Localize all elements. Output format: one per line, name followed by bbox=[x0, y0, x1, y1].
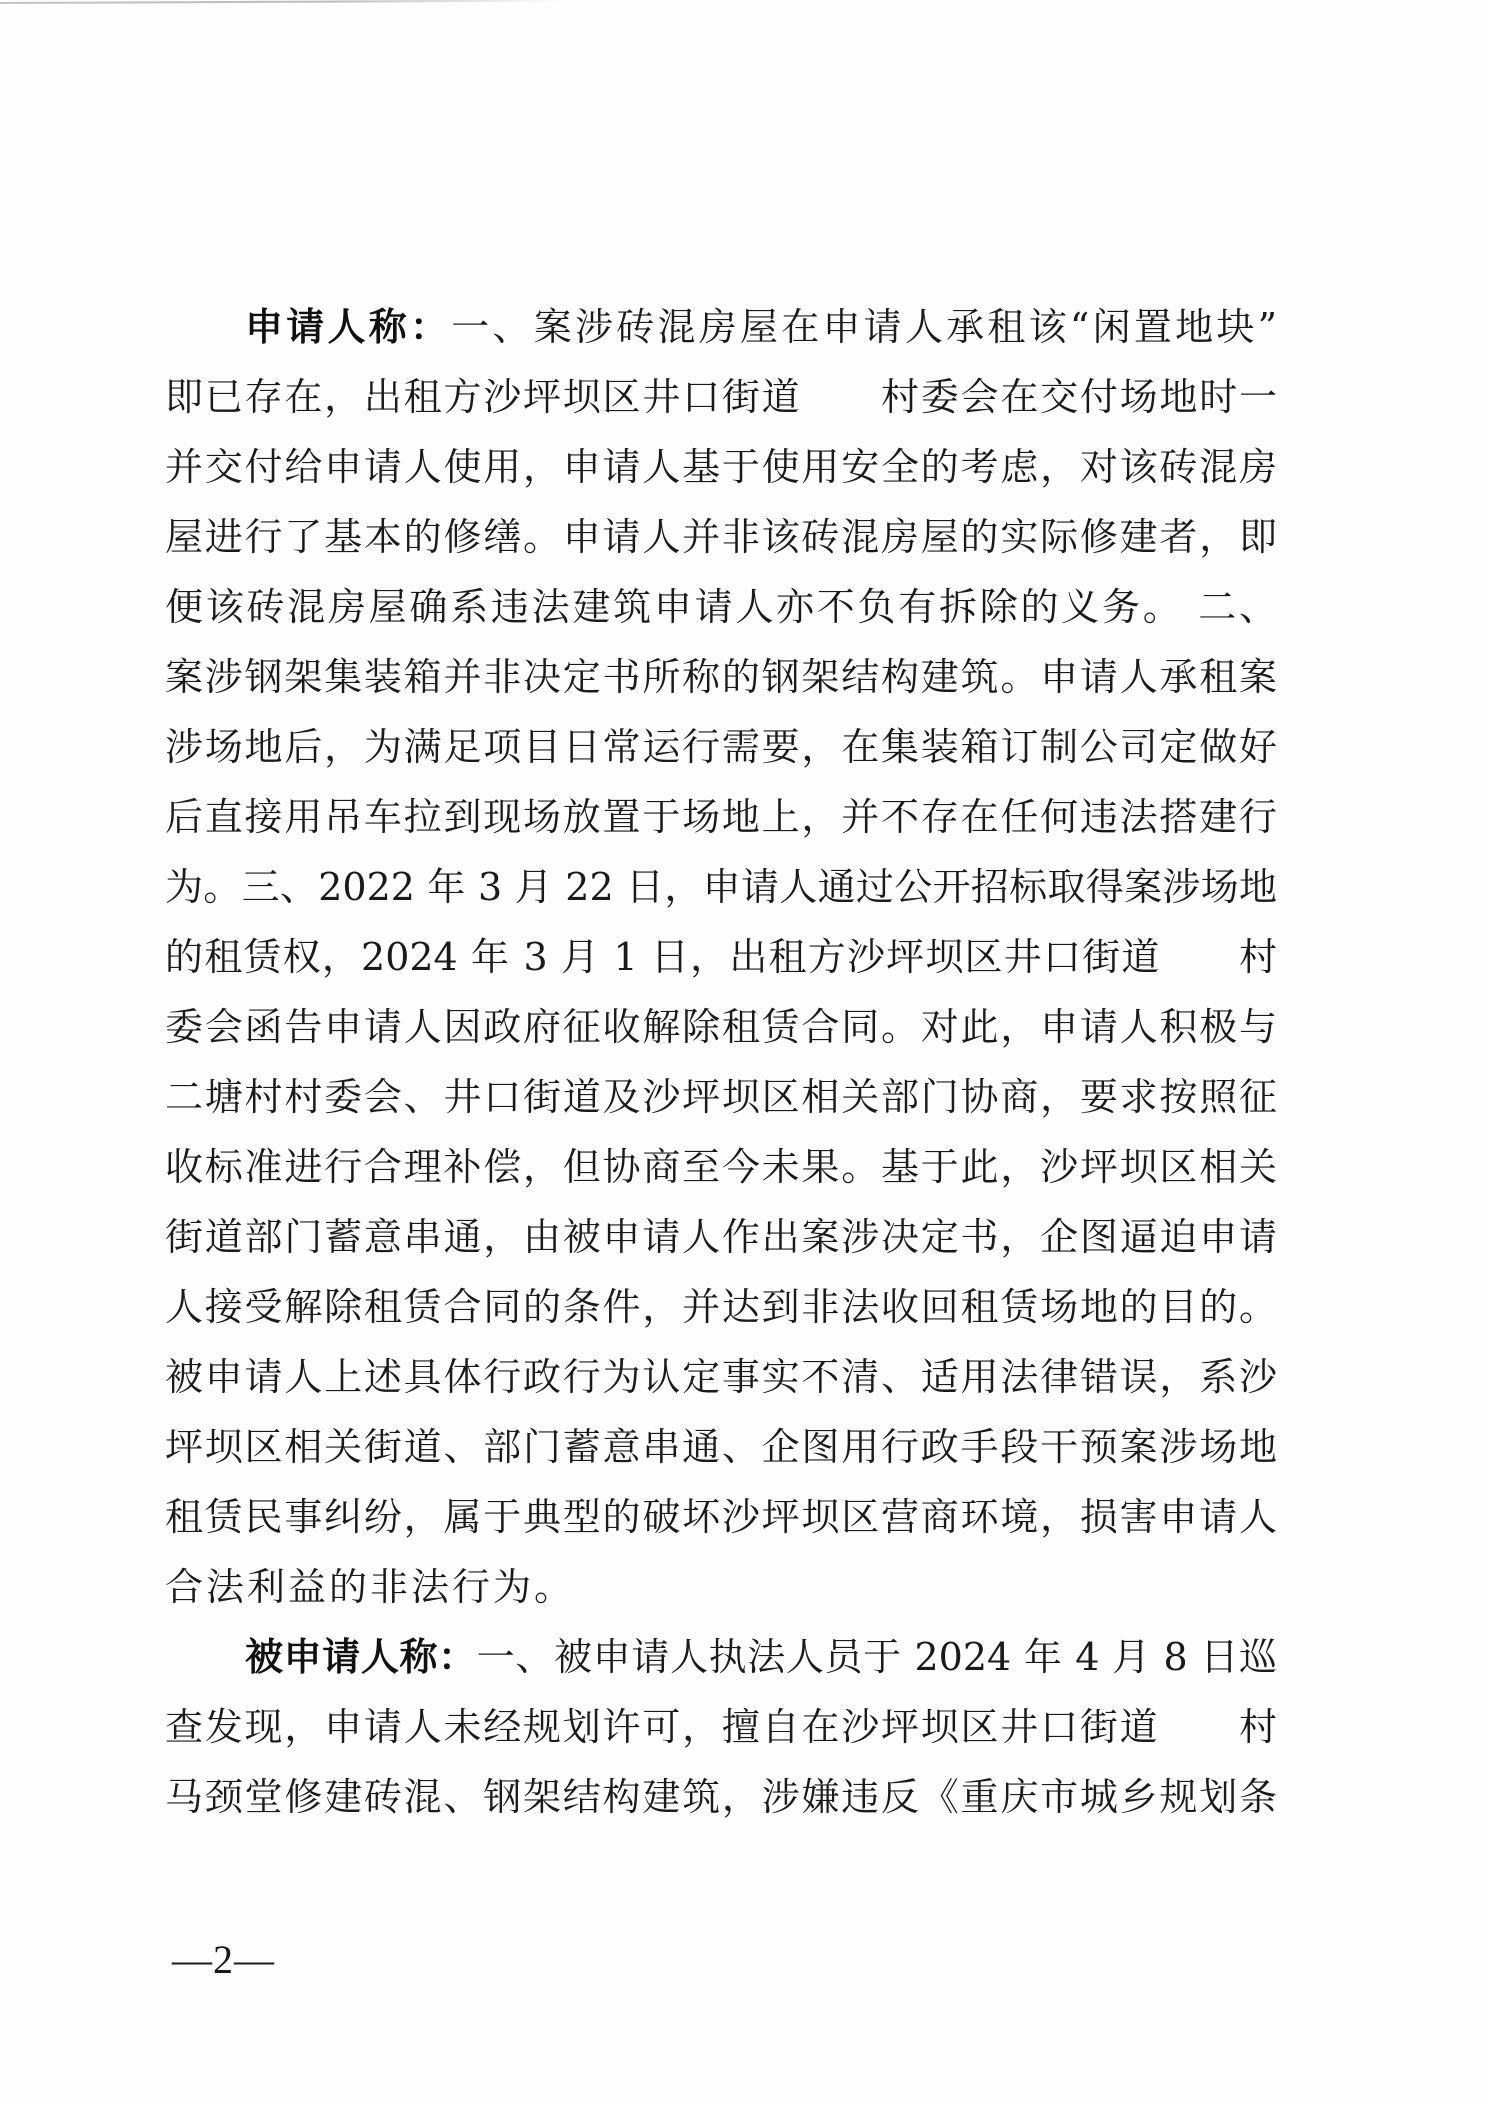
paragraph-applicant-line-12: 二塘村村委会、井口街道及沙坪坝区相关部门协商，要求按照征 bbox=[165, 1072, 1277, 1142]
paragraph-applicant-line-8: 后直接用吊车拉到现场放置于场地上，并不存在任何违法搭建行 bbox=[165, 792, 1277, 862]
applicant-statement-lead: 申请人称： bbox=[245, 305, 451, 349]
scan-edge-artifact bbox=[0, 0, 560, 4]
paragraph-applicant-line-16: 被申请人上述具体行政行为认定事实不清、适用法律错误，系沙 bbox=[165, 1352, 1277, 1422]
text-run: 一、案涉砖混房屋在申请人承租该“闲置地块” bbox=[451, 305, 1277, 349]
paragraph-applicant-line-10: 的租赁权，2024 年 3 月 1 日，出租方沙坪坝区井口街道 村 bbox=[165, 932, 1277, 1002]
paragraph-applicant-line-4: 屋进行了基本的修缮。申请人并非该砖混房屋的实际修建者，即 bbox=[165, 512, 1277, 582]
paragraph-applicant-line-18: 租赁民事纠纷，属于典型的破坏沙坪坝区营商环境，损害申请人 bbox=[165, 1492, 1277, 1562]
paragraph-applicant-line-2: 即已存在，出租方沙坪坝区井口街道 村委会在交付场地时一 bbox=[165, 372, 1277, 442]
paragraph-applicant-line-11: 委会函告申请人因政府征收解除租赁合同。对此，申请人积极与 bbox=[165, 1002, 1277, 1072]
paragraph-respondent-line-2: 查发现，申请人未经规划许可，擅自在沙坪坝区井口街道 村 bbox=[165, 1702, 1277, 1772]
paragraph-applicant-line-6: 案涉钢架集装箱并非决定书所称的钢架结构建筑。申请人承租案 bbox=[165, 652, 1277, 722]
paragraph-applicant-line-13: 收标准进行合理补偿，但协商至今未果。基于此，沙坪坝区相关 bbox=[165, 1142, 1277, 1212]
document-body: 申请人称：一、案涉砖混房屋在申请人承租该“闲置地块” 即已存在，出租方沙坪坝区井… bbox=[165, 302, 1277, 1842]
paragraph-applicant-line-9: 为。三、2022 年 3 月 22 日，申请人通过公开招标取得案涉场地 bbox=[165, 862, 1277, 932]
paragraph-applicant-line-15: 人接受解除租赁合同的条件，并达到非法收回租赁场地的目的。 bbox=[165, 1282, 1277, 1352]
paragraph-applicant-line-14: 街道部门蓄意串通，由被申请人作出案涉决定书，企图逼迫申请 bbox=[165, 1212, 1277, 1282]
page-number: —2— bbox=[172, 1935, 275, 1985]
respondent-statement-lead: 被申请人称： bbox=[245, 1635, 477, 1679]
paragraph-applicant-line-17: 坪坝区相关街道、部门蓄意串通、企图用行政手段干预案涉场地 bbox=[165, 1422, 1277, 1492]
paragraph-respondent-line-3: 马颈堂修建砖混、钢架结构建筑，涉嫌违反《重庆市城乡规划条 bbox=[165, 1772, 1277, 1842]
paragraph-applicant-line-1: 申请人称：一、案涉砖混房屋在申请人承租该“闲置地块” bbox=[165, 302, 1277, 372]
paragraph-applicant-line-19: 合法利益的非法行为。 bbox=[165, 1562, 1277, 1632]
paragraph-applicant-line-5: 便该砖混房屋确系违法建筑申请人亦不负有拆除的义务。 二、 bbox=[165, 582, 1277, 652]
paragraph-respondent-line-1: 被申请人称：一、被申请人执法人员于 2024 年 4 月 8 日巡 bbox=[165, 1632, 1277, 1702]
paragraph-applicant-line-3: 并交付给申请人使用，申请人基于使用安全的考虑，对该砖混房 bbox=[165, 442, 1277, 512]
paragraph-applicant-line-7: 涉场地后，为满足项目日常运行需要，在集装箱订制公司定做好 bbox=[165, 722, 1277, 792]
document-page: 申请人称：一、案涉砖混房屋在申请人承租该“闲置地块” 即已存在，出租方沙坪坝区井… bbox=[0, 0, 1487, 2105]
text-run: 一、被申请人执法人员于 2024 年 4 月 8 日巡 bbox=[477, 1635, 1277, 1679]
